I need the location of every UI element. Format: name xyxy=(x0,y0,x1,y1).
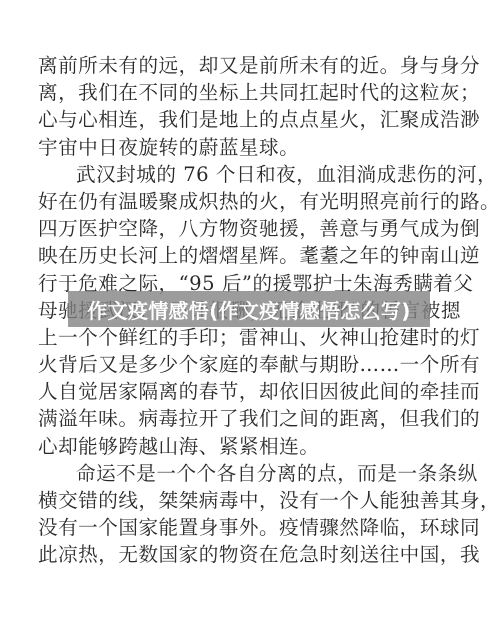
text-line: 好在仍有温暖聚成炽热的火，有光明照亮前行的路。 xyxy=(38,188,468,215)
paragraph-start-line: 武汉封城的 76 个日和夜，血泪淌成悲伤的河， xyxy=(38,161,468,188)
text-line: 火背后又是多少个家庭的奉献与期盼……一个所有 xyxy=(38,351,468,378)
text-line: 满溢年味。病毒拉开了我们之间的距离，但我们的 xyxy=(38,405,468,432)
text-line: 映在历史长河上的熠熠星辉。耄耋之年的钟南山逆 xyxy=(38,242,468,269)
paragraph-start-line: 命运不是一个个各自分离的点，而是一条条纵 xyxy=(38,460,468,487)
text-line: 没有一个国家能置身事外。疫情骤然降临，环球同 xyxy=(38,514,468,541)
text-line: 人自觉居家隔离的春节，却依旧因彼此间的牵挂而 xyxy=(38,378,468,405)
text-line: 离前所未有的远，却又是前所未有的近。身与身分 xyxy=(38,52,468,79)
text-line: 宇宙中日夜旋转的蔚蓝星球。 xyxy=(38,134,468,161)
text-line: 上一个个鲜红的手印；雷神山、火神山抢建时的灯 xyxy=(38,324,468,351)
text-line: 此凉热，无数国家的物资在危急时刻送往中国，我 xyxy=(38,541,468,568)
text-line: 离，我们在不同的坐标上共同扛起时代的这粒灰； xyxy=(38,79,468,106)
title-overlay-banner: 作文疫情感悟(作文疫情感悟怎么写) xyxy=(68,291,430,327)
text-line: 心与心相连，我们是地上的点点星火，汇聚成浩渺 xyxy=(38,106,468,133)
text-line: 四万医护空降，八方物资驰援，善意与勇气成为倒 xyxy=(38,215,468,242)
text-line: 心却能够跨越山海、紧紧相连。 xyxy=(38,433,468,460)
text-line: 横交错的线，桀桀病毒中，没有一个人能独善其身， xyxy=(38,487,468,514)
banner-title: 作文疫情感悟(作文疫情感悟怎么写) xyxy=(87,295,410,324)
